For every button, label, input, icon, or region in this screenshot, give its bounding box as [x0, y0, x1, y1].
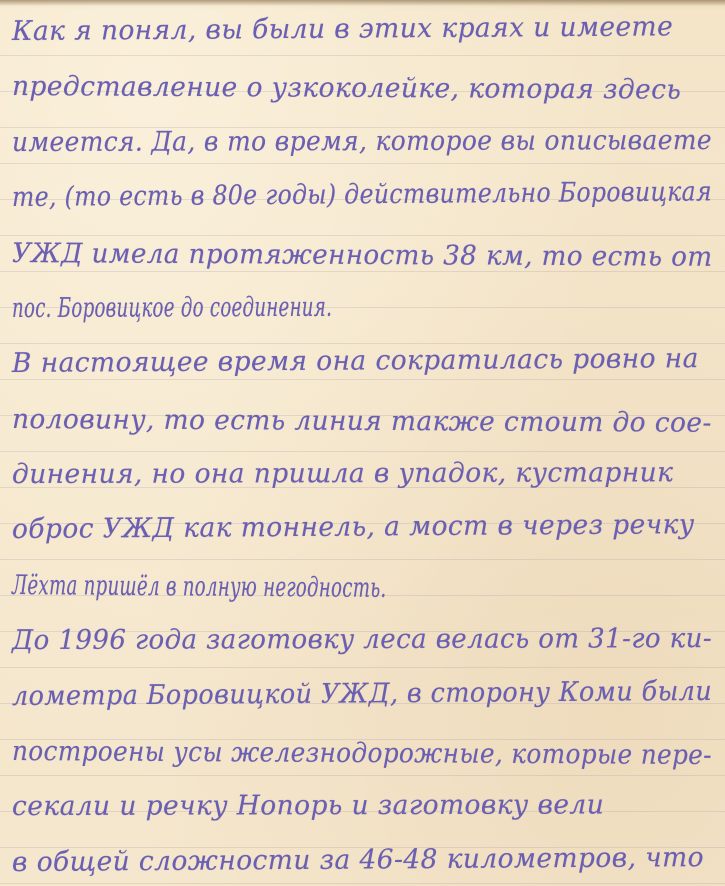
text-line: представление о узкоколейке, которая зде…	[12, 59, 712, 118]
text-line: динения, но она пришла в упадок, кустарн…	[12, 445, 712, 502]
handwritten-text: Как я понял, вы были в этих краях и имее…	[12, 4, 725, 886]
letter-page: Как я понял, вы были в этих краях и имее…	[0, 0, 725, 886]
text-line: секали и речку Нопорь и заготовку вели	[12, 777, 712, 834]
text-line: имеется. Да, в то время, которое вы опис…	[12, 113, 670, 170]
text-line: УЖД имела протяженность 38 км, то есть о…	[12, 226, 704, 285]
text-line: построены усы железнодорожные, которые п…	[12, 724, 665, 783]
text-line: До 1996 года заготовку леса велась от 31…	[12, 611, 701, 668]
text-line: Как я понял, вы были в этих краях и имее…	[12, 0, 713, 59]
text-line: те, (то есть в 80е годы) действительно Б…	[12, 165, 634, 225]
text-line: половину, то есть линия также стоит до с…	[12, 392, 710, 451]
text-line: В настоящее время она сократилась ровно …	[12, 331, 713, 391]
text-line: Лёхта пришёл в полную негодность.	[12, 558, 492, 617]
text-line: оброс УЖД как тоннель, а мост в через ре…	[12, 497, 713, 557]
text-line: в общей сложности за 46-48 километров, ч…	[12, 830, 713, 886]
text-line: пос. Боровицкое до соединения.	[12, 279, 492, 336]
text-line: лометра Боровицкой УЖД, в сторону Коми б…	[12, 664, 686, 724]
